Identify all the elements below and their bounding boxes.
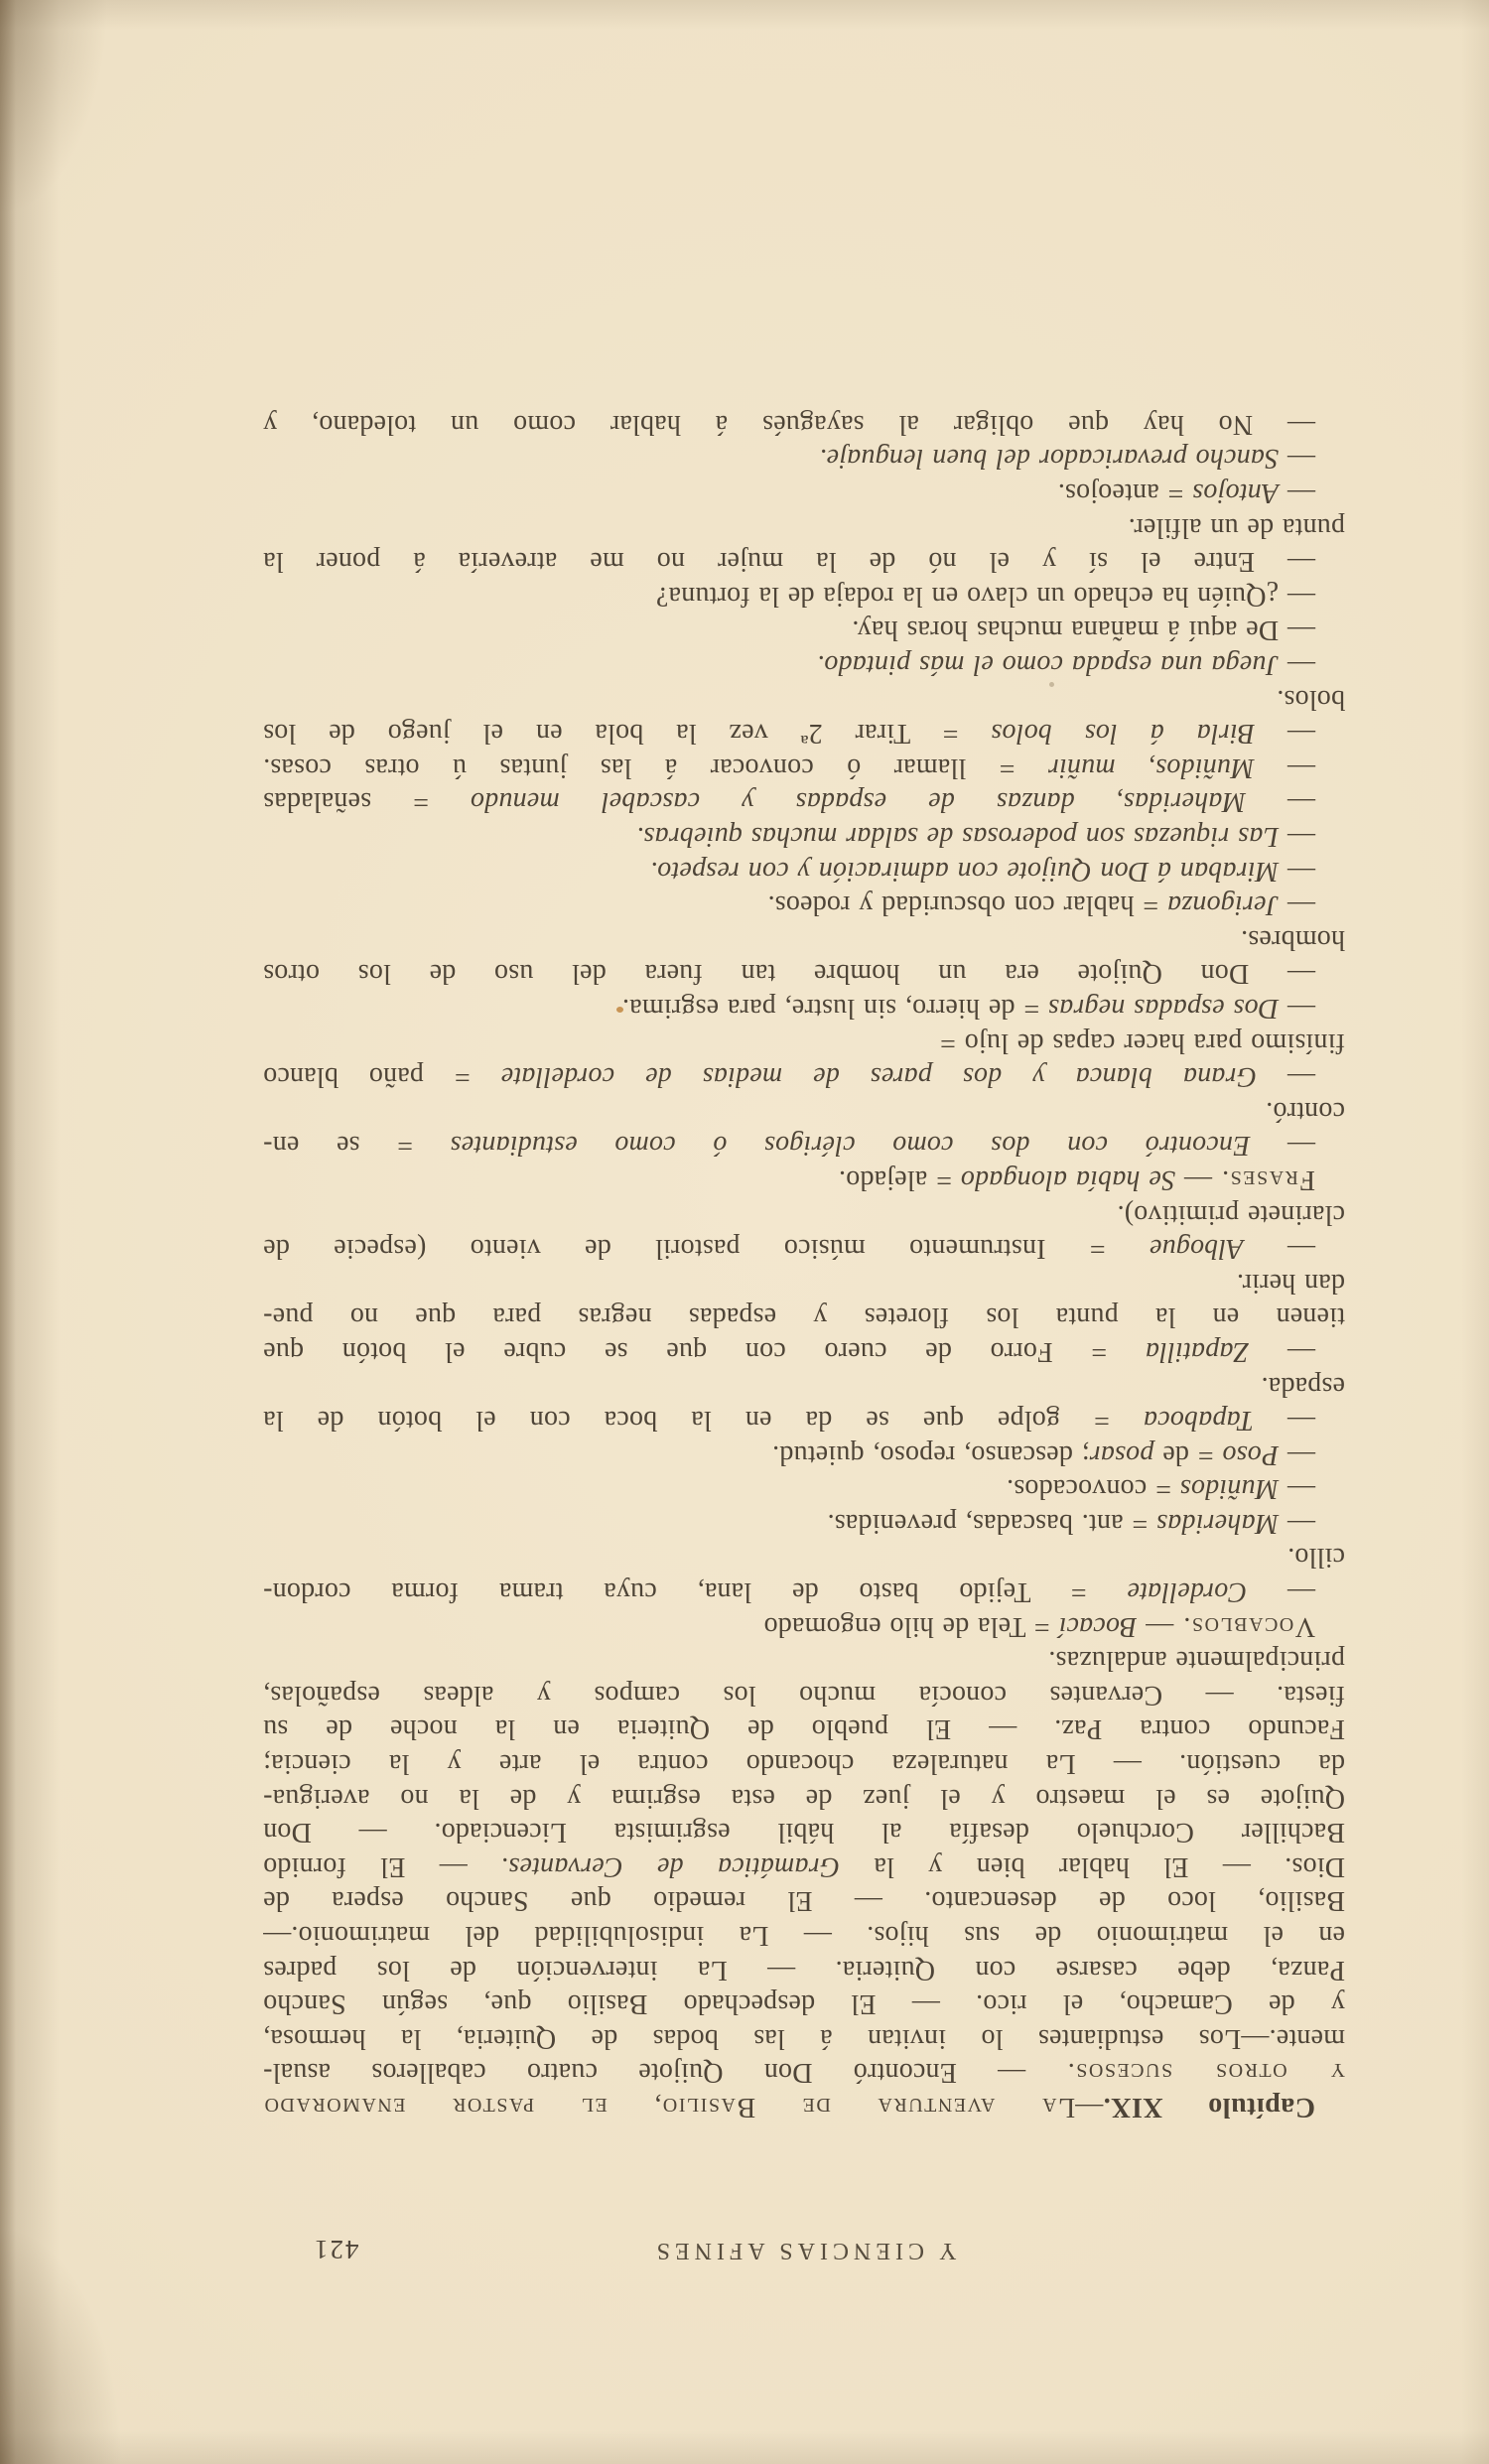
text-segment: Las riquezas son poderosas de saldar muc… [636,821,1279,852]
text-segment: — [1249,1336,1315,1367]
text-line: — Cordellate = Tejido basto de lana, cuy… [263,1574,1345,1609]
text-segment: Bocací [1058,1611,1137,1642]
text-segment: bolos. [1277,684,1345,715]
text-segment: — [1137,1611,1182,1642]
text-segment: dan herir. [1237,1268,1345,1299]
text-line: y otros sucesos. — Encontró Don Quijote … [263,2055,1345,2090]
text-segment: = se en- [263,1130,451,1161]
text-segment: Miraban á Don Quijote con admiración y c… [650,856,1279,887]
text-line: — Maheridas = ant. bascadas, prevenidas. [263,1505,1345,1540]
text-line: — Muñidos, muñir = llamar ó convocar á l… [263,750,1345,784]
text-segment: — No hay que obligar al sayagués á habla… [263,409,1315,440]
text-segment: clarinete primitivo). [1117,1199,1345,1230]
text-segment: Poso [1222,1439,1279,1470]
text-segment: tienen en la punta los floretes y espada… [263,1301,1345,1332]
text-segment: — [1254,1405,1315,1436]
text-line: Vocablos. — Bocací = Tela de hilo engoma… [263,1608,1345,1643]
text-segment: = Instrumento músico pastoril de viento … [263,1233,1150,1264]
text-line: — Maheridas, danzas de espadas y cascabe… [263,784,1345,819]
text-line: Facundo contra Paz. — El pueblo de Quite… [263,1711,1345,1746]
text-segment: — [1279,1508,1315,1539]
text-segment: Frases. [1221,1164,1315,1195]
text-segment: Quijote es el maestro y el juez de esta … [263,1783,1345,1814]
text-segment: = golpe que se da en la boca con el botó… [263,1405,1144,1436]
text-line: — Grana blanca y dos pares de medias de … [263,1059,1345,1094]
text-segment: = Tejido basto de lana, cuya trama forma… [263,1576,1127,1607]
text-segment: fiesta. — Cervantes conocía mucho los ca… [263,1680,1345,1711]
text-segment: Bachiller Corchuelo desafía al hábil esg… [263,1817,1345,1848]
text-segment: = ant. bascadas, prevenidas. [827,1508,1156,1539]
text-line: cillo. [263,1540,1345,1574]
text-line: Capítulo XIX.—La aventura de Basilio, el… [263,2089,1345,2123]
text-segment: Jerigonza [1167,890,1279,920]
text-segment: Encontró con dos como clérigos ó como es… [451,1130,1251,1161]
text-segment: Gramática de Cervantes [508,1851,840,1882]
text-segment: Maheridas, danzas de espadas y cascabel … [471,786,1246,817]
text-segment: Albogue [1150,1233,1244,1264]
text-segment: — [1279,478,1315,508]
text-line: — De aquí á mañana muchas horas hay. [263,613,1345,647]
text-segment: Panza, debe casarse con Quiteria. — La i… [263,1955,1345,1985]
text-segment: Maheridas [1156,1508,1279,1539]
text-line: principalmente andaluzas. [263,1643,1345,1678]
text-line: bolos. [263,681,1345,716]
text-segment: = de hierro, sin lustre, para esgrima. [622,993,1048,1024]
text-line: — Birla á los bolos = Tirar 2ª vez la bo… [263,716,1345,751]
text-block: Capítulo XIX.—La aventura de Basilio, el… [263,406,1345,2123]
text-line: — Muñidos = convocados. [263,1471,1345,1506]
text-segment: Basilio, loco de desencanto. — El remedi… [263,1885,1345,1916]
text-segment: y otros sucesos. [1066,2057,1345,2088]
text-segment: — [1075,2092,1103,2122]
text-segment: principalmente andaluzas. [1048,1645,1345,1676]
text-segment: punta de un alfiler. [1129,512,1345,543]
text-segment: Birla á los bolos [991,718,1255,749]
text-segment: Tapaboca [1144,1405,1254,1436]
text-segment: = anteojos. [1058,478,1193,508]
text-line: y de Camacho, el rico. — El despechado B… [263,1986,1345,2021]
text-segment: La aventura de Basilio, el pastor enamor… [263,2092,1075,2122]
text-line: Dios. — El hablar bien y la Gramática de… [263,1848,1345,1883]
text-segment: hombres. [1241,924,1345,955]
text-line: — Don Quijote era un hombre tan fuera de… [263,956,1345,991]
text-line: Basilio, loco de desencanto. — El remedi… [263,1883,1345,1918]
text-segment: Capítulo XIX. [1103,2092,1315,2122]
text-segment: Grana blanca y dos pares de medias de co… [501,1061,1257,1092]
text-line: espada. [263,1368,1345,1403]
text-segment: = convocados. [1007,1473,1180,1504]
text-segment: Se había alongado [961,1164,1175,1195]
text-segment: — [1279,890,1315,920]
text-segment: — [1246,786,1315,817]
text-segment: = alejado. [839,1164,961,1195]
text-line: — Tapaboca = golpe que se da en la boca … [263,1403,1345,1437]
running-header: Y CIENCIAS AFINES 421 [263,2228,1345,2263]
text-segment: — [1255,718,1315,749]
text-line: — ¿Quién ha echado un clavo en la rodaja… [263,578,1345,613]
text-segment: Dos espadas negras [1048,993,1279,1024]
text-segment: en el matrimonio de sus hijos. — La indi… [263,1920,1345,1951]
text-line: contró. [263,1093,1345,1128]
text-segment: — De aquí á mañana muchas horas hay. [852,615,1315,645]
text-line: — Sancho prevaricador del buen lenguaje. [263,441,1345,476]
text-line: Bachiller Corchuelo desafía al hábil esg… [263,1815,1345,1849]
text-segment: Dios. — El hablar bien y la [840,1851,1345,1882]
text-segment: = de [1153,1439,1222,1470]
text-line: clarinete primitivo). [263,1196,1345,1231]
text-segment: — [1247,1576,1315,1607]
text-segment: cillo. [1287,1543,1345,1574]
text-line: hombres. [263,921,1345,956]
text-segment: — [1279,649,1315,680]
text-segment: y de Camacho, el rico. — El despechado B… [263,1988,1345,2019]
text-segment: — [1244,1233,1315,1264]
text-segment: = señaladas [263,786,471,817]
text-segment: Vocablos. [1182,1611,1315,1642]
text-line: Quijote es el maestro y el juez de esta … [263,1780,1345,1815]
text-line: — Las riquezas son poderosas de saldar m… [263,818,1345,853]
text-line: — Juega una espada como el más pintado. [263,646,1345,681]
text-segment: . — El fornido [263,1851,508,1882]
text-line: tienen en la punta los floretes y espada… [263,1300,1345,1334]
text-segment: — Encontró Don Quijote cuatro caballeros… [263,2057,1066,2088]
text-line: — Albogue = Instrumento músico pastoril … [263,1231,1345,1266]
text-line: da cuestión. — La naturaleza chocando co… [263,1745,1345,1780]
text-line: — Entre el sí y el nó de la mujer no me … [263,544,1345,579]
text-line: finísimo para hacer capas de lujo = [263,1025,1345,1059]
text-segment: = Tela de hilo engomado [763,1611,1058,1642]
text-line: — Antojos = anteojos. [263,476,1345,510]
text-segment: — [1279,856,1315,887]
text-segment: — [1255,753,1315,783]
text-segment: — ¿Quién ha echado un clavo en la rodaja… [656,581,1315,612]
text-segment: Sancho prevaricador del buen lenguaje. [819,444,1279,475]
text-segment: Juega una espada como el más pintado. [817,649,1279,680]
text-segment: — [1257,1061,1315,1092]
text-line: Panza, debe casarse con Quiteria. — La i… [263,1952,1345,1986]
page-number: 421 [313,2234,359,2264]
scanned-page: Y CIENCIAS AFINES 421 Capítulo XIX.—La a… [0,0,1489,2464]
text-segment: — Entre el sí y el nó de la mujer no me … [263,546,1315,577]
text-line: Frases. — Se había alongado = alejado. [263,1162,1345,1196]
text-segment: posar [1090,1439,1154,1470]
text-segment: contró. [1266,1096,1345,1127]
page-content: Y CIENCIAS AFINES 421 Capítulo XIX.—La a… [0,0,1489,2464]
text-segment: ; descanso, reposo, quietud. [772,1439,1090,1470]
text-segment: = hablar con obscuridad y rodeos. [767,890,1166,920]
text-segment: da cuestión. — La naturaleza chocando co… [263,1748,1345,1779]
text-segment: = llamar ó convocar á las juntas ú otras… [263,753,1048,783]
text-segment: Zapatilla [1146,1336,1250,1367]
text-segment: espada. [1261,1371,1345,1402]
journal-title: Y CIENCIAS AFINES [652,2238,957,2263]
text-segment: — [1175,1164,1221,1195]
text-segment: — [1279,1439,1315,1470]
text-segment: — [1250,1130,1315,1161]
text-line: fiesta. — Cervantes conocía mucho los ca… [263,1677,1345,1711]
text-line: — Dos espadas negras = de hierro, sin lu… [263,990,1345,1025]
text-line: punta de un alfiler. [263,509,1345,544]
text-segment: Antojos [1192,478,1279,508]
text-segment: — [1279,444,1315,475]
text-segment: mente.—Los estudiantes lo invitan á las … [263,2023,1345,2054]
text-segment: = Tirar 2ª vez la bola en el juego de lo… [263,718,991,749]
text-line: — Miraban á Don Quijote con admiración y… [263,853,1345,888]
text-line: — Poso = de posar; descanso, reposo, qui… [263,1437,1345,1471]
text-segment: Muñidos, muñir [1048,753,1255,783]
text-segment: — Don Quijote era un hombre tan fuera de… [263,958,1315,989]
text-segment: finísimo para hacer capas de lujo = [940,1027,1345,1058]
text-segment: Facundo contra Paz. — El pueblo de Quite… [263,1713,1345,1744]
text-line: dan herir. [263,1265,1345,1300]
text-line: — Jerigonza = hablar con obscuridad y ro… [263,888,1345,922]
text-segment: = paño blanco [263,1061,501,1092]
text-segment: = Forro de cuero con que se cubre el bot… [263,1336,1146,1367]
text-line: — No hay que obligar al sayagués á habla… [263,406,1345,441]
text-segment: — [1279,1473,1315,1504]
text-line: en el matrimonio de sus hijos. — La indi… [263,1917,1345,1952]
text-segment: Cordellate [1127,1576,1247,1607]
text-line: mente.—Los estudiantes lo invitan á las … [263,2020,1345,2055]
text-segment: — [1279,993,1315,1024]
text-segment: — [1279,821,1315,852]
text-segment: Muñidos [1180,1473,1279,1504]
text-line: — Encontró con dos como clérigos ó como … [263,1128,1345,1163]
text-line: — Zapatilla = Forro de cuero con que se … [263,1333,1345,1368]
